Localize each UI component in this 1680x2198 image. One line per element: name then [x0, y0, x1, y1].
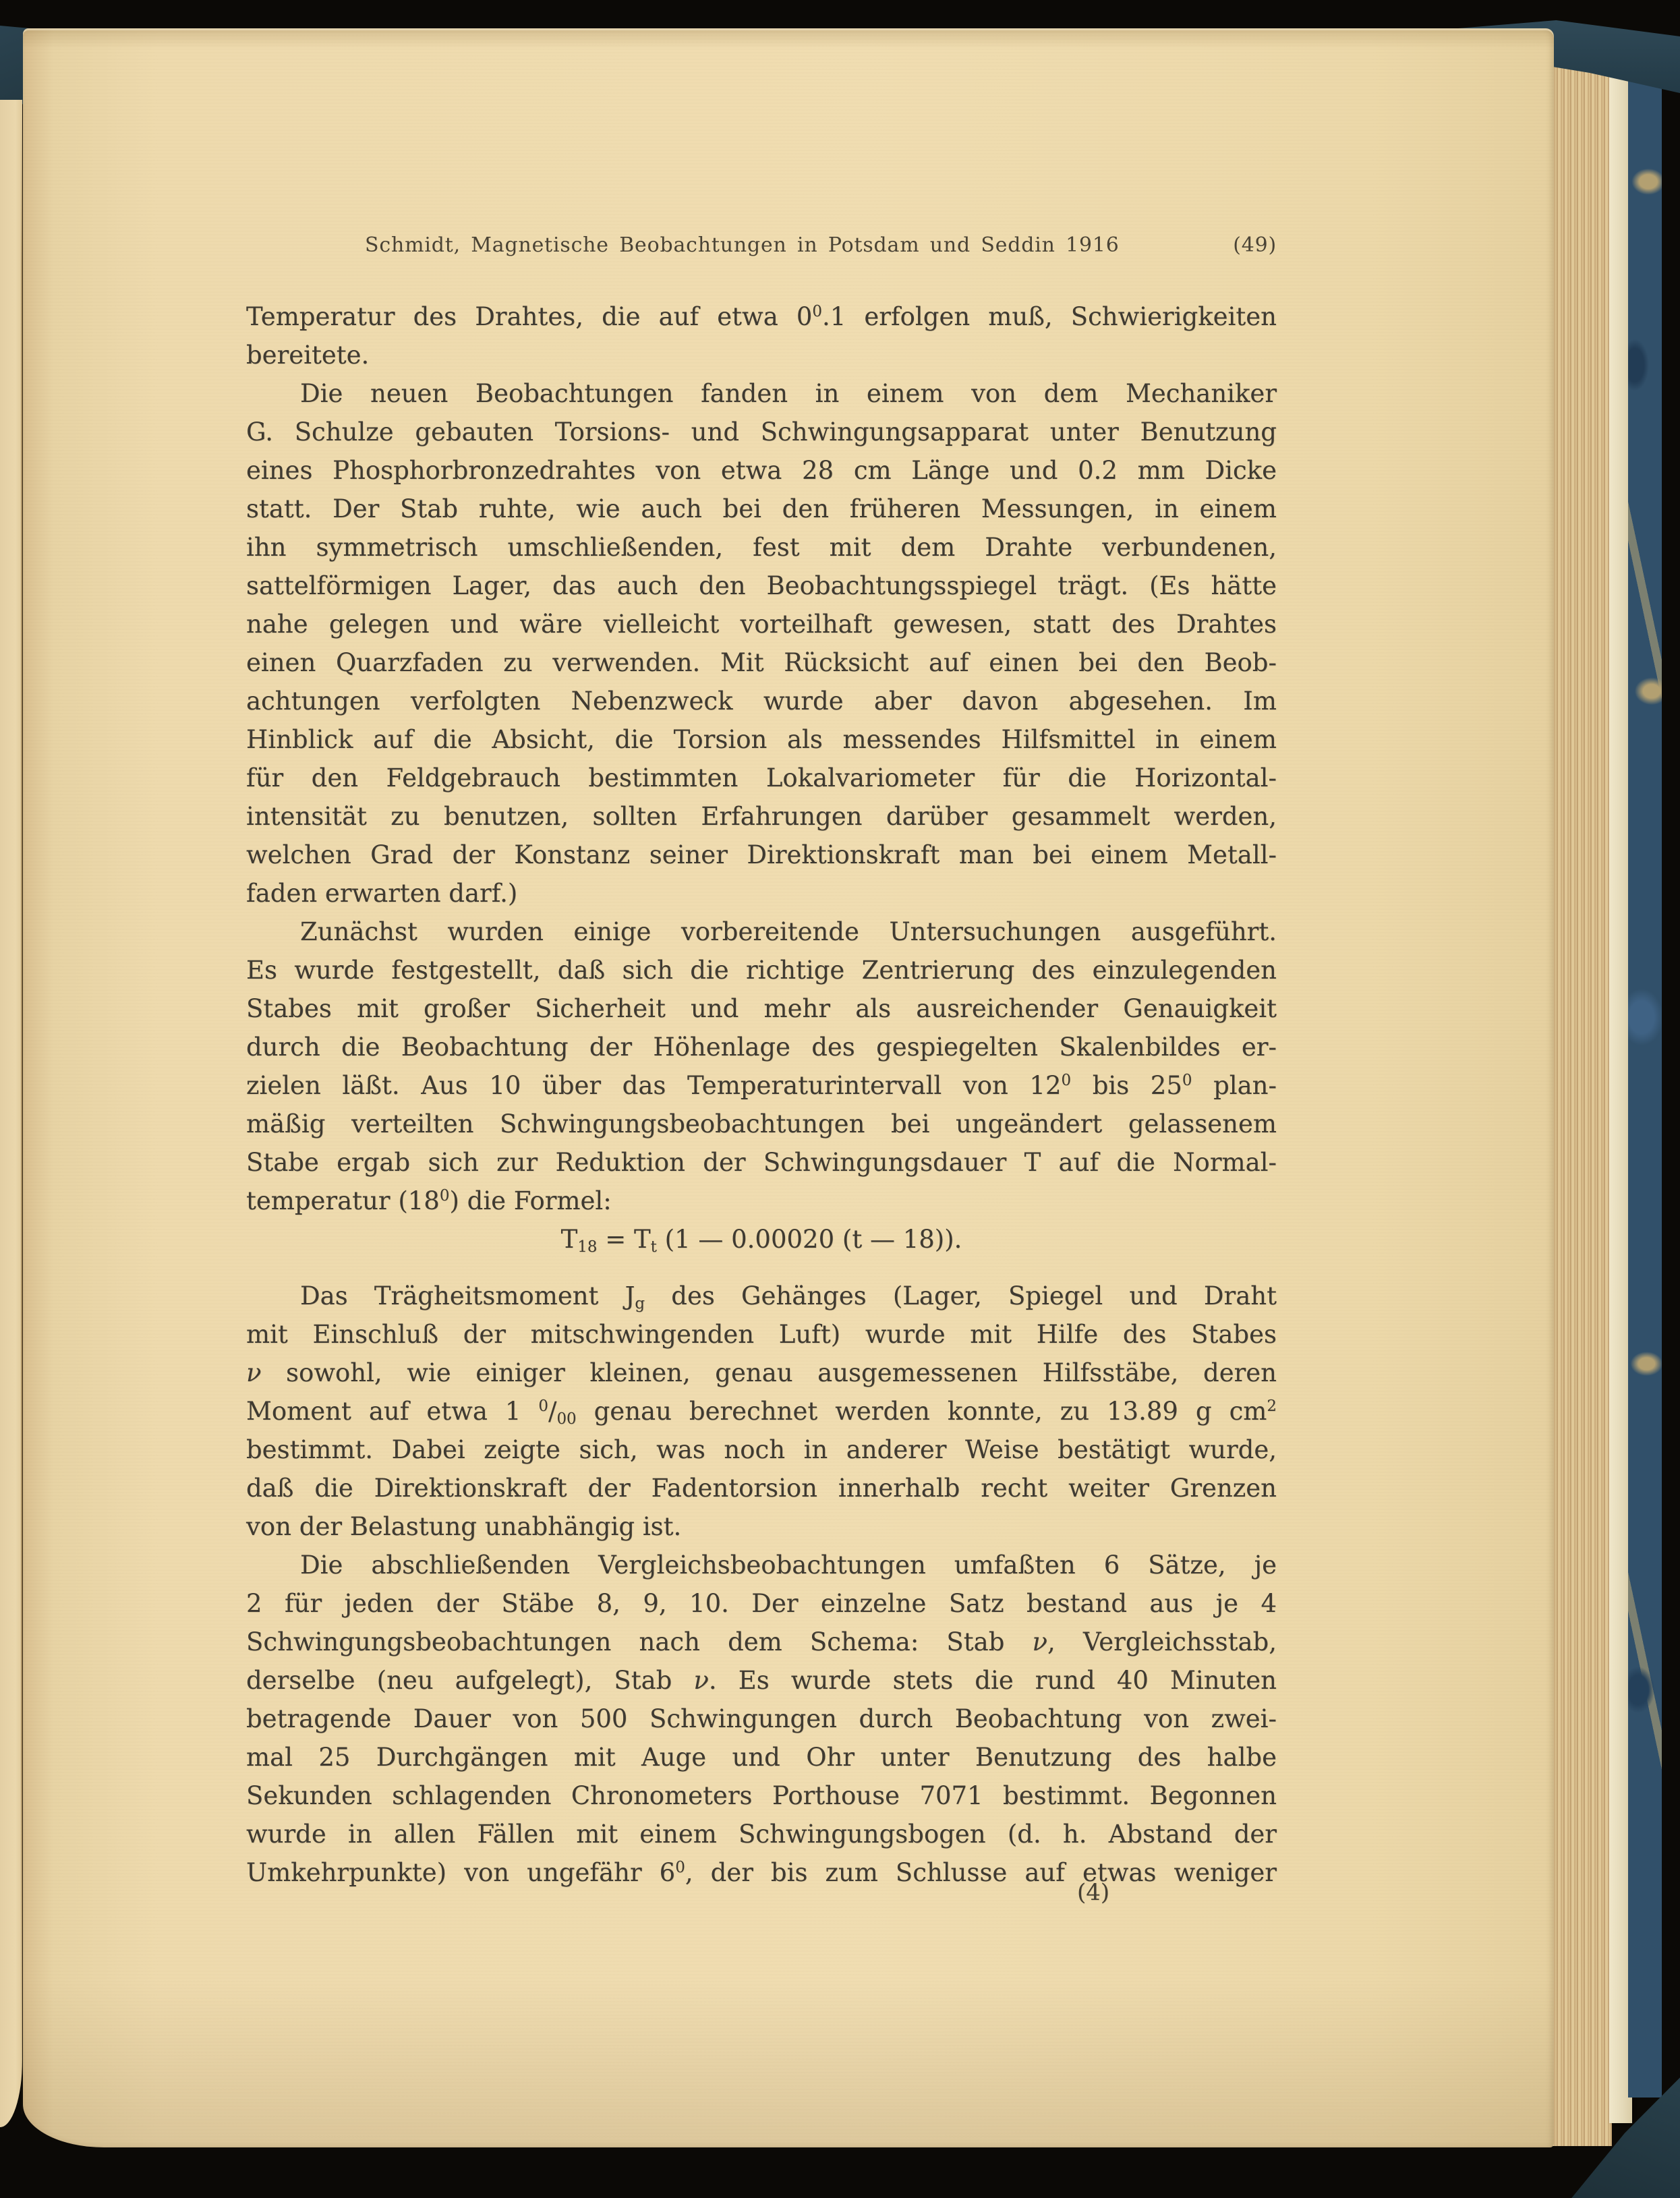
text-line: Temperatur des Drahtes, die auf etwa 00.… [246, 297, 1277, 336]
book-scan: Schmidt, Magnetische Beobachtungen in Po… [0, 0, 1680, 2198]
gutter-crease [21, 101, 23, 2114]
text-line: Moment auf etwa 1 0/00 genau berechnet w… [246, 1392, 1277, 1430]
text-line: derselbe (neu aufgelegt), Stab ν. Es wur… [246, 1661, 1277, 1700]
formula-line: T18 = Tt (1 — 0.00020 (t — 18)). [246, 1220, 1277, 1259]
text-line: statt. Der Stab ruhte, wie auch bei den … [246, 490, 1277, 528]
text-line: mal 25 Durchgängen mit Auge und Ohr unte… [246, 1738, 1277, 1776]
text-line: betragende Dauer von 500 Schwingungen du… [246, 1700, 1277, 1738]
text-line: Zunächst wurden einige vorbereitende Unt… [246, 913, 1277, 951]
text-line: intensität zu benutzen, sollten Erfahrun… [246, 797, 1277, 836]
text-line: durch die Beobachtung der Höhenlage des … [246, 1028, 1277, 1066]
text-line: wurde in allen Fällen mit einem Schwingu… [246, 1815, 1277, 1853]
running-head: Schmidt, Magnetische Beobachtungen in Po… [246, 233, 1277, 257]
signature-mark: (4) [1077, 1879, 1109, 1906]
text-line: daß die Direktionskraft der Fadentorsion… [246, 1469, 1277, 1507]
text-line: von der Belastung unabhängig ist. [246, 1507, 1277, 1546]
text-line: ν sowohl, wie einiger kleinen, genau aus… [246, 1354, 1277, 1392]
text-line: sattelförmigen Lager, das auch den Beoba… [246, 567, 1277, 605]
text-line: bestimmt. Dabei zeigte sich, was noch in… [246, 1430, 1277, 1469]
text-line: Das Trägheitsmoment Jg des Gehänges (Lag… [246, 1277, 1277, 1315]
facing-page-sliver [0, 100, 22, 2127]
text-line: faden erwarten darf.) [246, 874, 1277, 913]
marbled-endpaper [1628, 59, 1662, 2098]
text-line: Stabe ergab sich zur Reduktion der Schwi… [246, 1143, 1277, 1182]
text-line: temperatur (180) die Formel: [246, 1182, 1277, 1220]
text-line: welchen Grad der Konstanz seiner Direkti… [246, 836, 1277, 874]
text-line: eines Phosphorbronzedrahtes von etwa 28 … [246, 451, 1277, 490]
text-line: für den Feldgebrauch bestimmten Lokalvar… [246, 759, 1277, 797]
running-head-title: Schmidt, Magnetische Beobachtungen in Po… [365, 233, 1120, 257]
page-number: (49) [1233, 233, 1277, 257]
text-line: Sekunden schlagenden Chronometers Portho… [246, 1776, 1277, 1815]
text-line: achtungen verfolgten Nebenzweck wurde ab… [246, 682, 1277, 720]
text-line: Umkehrpunkte) von ungefähr 60, der bis z… [246, 1853, 1277, 1892]
text-line: Es wurde festgestellt, daß sich die rich… [246, 951, 1277, 989]
text-line: ihn symmetrisch umschließenden, fest mit… [246, 528, 1277, 567]
text-line: G. Schulze gebauten Torsions- und Schwin… [246, 413, 1277, 451]
text-line: Hinblick auf die Absicht, die Torsion al… [246, 720, 1277, 759]
text-line: Stabes mit großer Sicherheit und mehr al… [246, 989, 1277, 1028]
text-line: einen Quarzfaden zu verwenden. Mit Rücks… [246, 643, 1277, 682]
text-line: mit Einschluß der mitschwingenden Luft) … [246, 1315, 1277, 1354]
text-line: mäßig verteilten Schwingungsbeobachtunge… [246, 1105, 1277, 1143]
text-line: Die neuen Beobachtungen fanden in einem … [246, 374, 1277, 413]
text-line: bereitete. [246, 336, 1277, 374]
text-line: Schwingungsbeobachtungen nach dem Schema… [246, 1623, 1277, 1661]
text-line: nahe gelegen und wäre vielleicht vorteil… [246, 605, 1277, 643]
text-line: zielen läßt. Aus 10 über das Temperaturi… [246, 1066, 1277, 1105]
text-block: Temperatur des Drahtes, die auf etwa 00.… [246, 297, 1277, 1892]
page-edges-stack [1548, 31, 1612, 2146]
text-line: 2 für jeden der Stäbe 8, 9, 10. Der einz… [246, 1584, 1277, 1623]
text-line: Die abschließenden Vergleichsbeobachtung… [246, 1546, 1277, 1584]
